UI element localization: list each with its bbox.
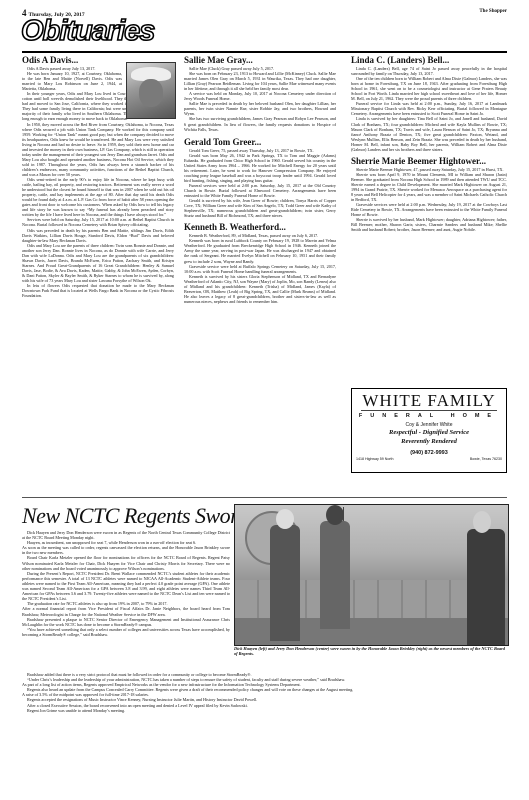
article-paragraph: Board Chair Karla Metzler opened the flo…	[22, 555, 230, 570]
obituary-paragraph: He was born January 10, 1927, at Courtne…	[22, 71, 122, 91]
obituary-paragraph: Funeral services were held at 2:00 p.m. …	[184, 183, 336, 198]
obituary-paragraph: Funeral service for Linda was held at 2:…	[351, 101, 507, 116]
obituary-paragraph: In 1950, they moved across the Red River…	[22, 122, 174, 178]
ad-slogan-2: Reverently Rendered	[352, 438, 506, 446]
article-paragraph: Bradshaw presented a plaque to NCTC Seni…	[22, 617, 230, 627]
obituary-paragraph: She has two surviving grandchildren, Jam…	[184, 116, 336, 131]
obituary-paragraph: Sallie Mae is preceded in death by her b…	[184, 101, 336, 116]
obituary-paragraph: Graveside services were held at 2:00 p.m…	[351, 202, 507, 217]
head-right	[473, 511, 491, 533]
ad-phone: (940) 872-9993	[352, 450, 506, 456]
head-center	[326, 505, 344, 525]
article-paragraph: After a normal financial report from Vic…	[22, 606, 230, 616]
obituary-paragraph: One of the ten children born to William …	[351, 76, 507, 101]
article-body-full: Bradshaw added that there is a very stri…	[22, 672, 507, 713]
obituary-paragraph: Sherrie was born April 9, 1970 in Mount …	[351, 172, 507, 202]
obituary-paragraph: Odis semi-retired in the early 90’s to e…	[22, 177, 174, 217]
ad-address: 1418 Highway 59 North	[356, 457, 394, 461]
obituary-name: Sherrie Marie Beemer Hightower...	[351, 156, 507, 166]
ad-title: WHITE FAMILY	[352, 392, 506, 410]
photo-caption: Dick Haayen (left) and Jerry Don Henders…	[234, 646, 507, 656]
ad-footer: 1418 Highway 59 North Bowie, Texas 76230	[352, 457, 506, 461]
obituary-paragraph: Gerald is survived by his wife, Jean Gre…	[184, 198, 336, 218]
obituary-paragraph: She was born on February 23, 1913 to How…	[184, 71, 336, 91]
article-paragraph: During the Present’s Report, NCTC Presid…	[22, 571, 230, 602]
article-body-narrow: Dick Haayen and Jerry Don Henderson were…	[22, 530, 230, 637]
obituary-paragraph: Gerald Tom Greer, 75, passed away Thursd…	[184, 148, 336, 153]
ad-owners: Coy & Jennifer White	[352, 422, 506, 428]
article-paragraph: Regent Jon Grime was unable to attend Mo…	[22, 708, 507, 713]
obituary-paragraph: Graveside service were held at Buffalo S…	[184, 264, 336, 274]
section-divider	[22, 497, 507, 498]
obituary-column-3: Linda C. (Landers) Bell... Linda C. (Lan…	[351, 55, 507, 232]
ad-slogan-1: Respectful - Dignified Service	[352, 429, 506, 437]
obituary-paragraph: Kenneth is survived by his sisters Glori…	[184, 274, 336, 304]
obituary-paragraph: In leiu of flowers Odis requested that d…	[22, 283, 174, 298]
obituary-column-2: Sallie Mae Gray... Sallie Mae (Cluck) Gr…	[184, 55, 336, 304]
obituary-paragraph: Sherrie is survived by her husband, Mark…	[351, 217, 507, 232]
article-paragraph: Dick Haayen and Jerry Don Henderson were…	[22, 530, 230, 540]
obituary-paragraph: Kenneth was born in rural Lubbock County…	[184, 238, 336, 263]
person-right	[467, 529, 505, 645]
section-title: Obituaries	[21, 16, 154, 46]
article-paragraph: As soon as the meeting was called to ord…	[22, 545, 230, 555]
obituary-name: Sallie Mae Gray...	[184, 55, 336, 65]
obituary-paragraph: Linda C. (Landers) Bell, age 74 of Saint…	[351, 66, 507, 76]
article-photo-regents	[234, 504, 509, 646]
face-shape	[139, 79, 163, 107]
obituary-paragraph: Odis was preceded in death by his parent…	[22, 228, 174, 243]
person-center	[320, 521, 350, 629]
ad-subtitle: FUNERAL HOME	[352, 413, 506, 419]
funeral-home-ad: WHITE FAMILY FUNERAL HOME Coy & Jennifer…	[351, 388, 507, 473]
obituary-name: Kenneth B. Weatherford...	[184, 222, 336, 232]
header-rule	[22, 51, 507, 53]
obituary-name: Linda C. (Landers) Bell...	[351, 55, 507, 65]
obituary-paragraph: Gerald was born May 26, 1942 in Park Spr…	[184, 153, 336, 183]
obituary-paragraph: Odis and Mary Lou are the parents of thr…	[22, 243, 174, 283]
obituary-paragraph: Linda is survived by her daughters: Tina…	[351, 116, 507, 151]
publication-name: The Shopper	[479, 9, 507, 14]
obituary-photo-odis-davis	[126, 62, 176, 119]
article-paragraph: “You have achieved something that only a…	[22, 627, 230, 637]
ad-city: Bowie, Texas 76230	[470, 457, 502, 461]
obituary-paragraph: A service was held on Monday, July 10, 2…	[184, 91, 336, 101]
obituary-paragraph: Services were held on Saturday, July 15,…	[22, 217, 174, 227]
person-left	[270, 525, 300, 641]
ad-divider	[361, 410, 497, 411]
head-left	[276, 509, 294, 529]
obituary-name: Gerald Tom Greer...	[184, 137, 336, 147]
